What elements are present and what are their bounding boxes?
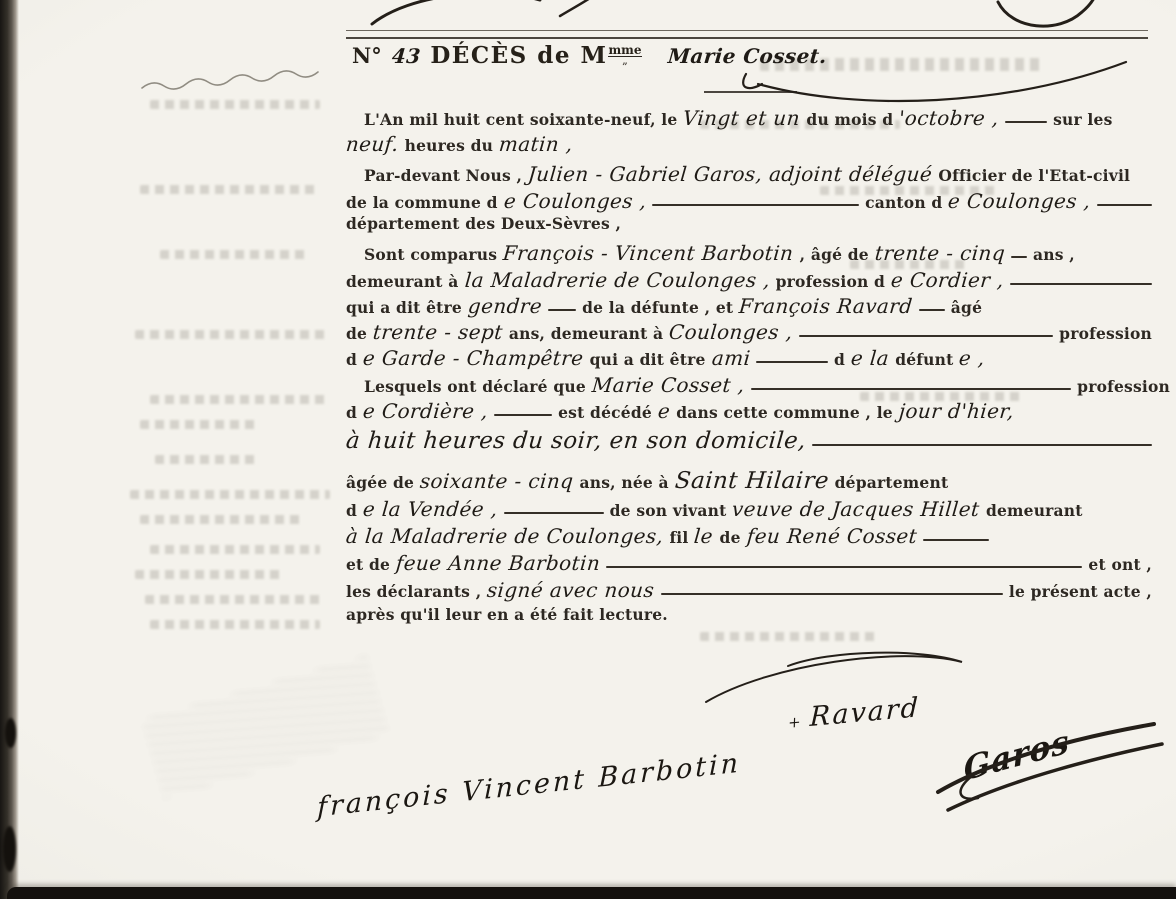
filler-rule — [1097, 204, 1152, 206]
printed-text: profession d — [776, 273, 885, 291]
printed-text: d — [346, 351, 357, 369]
printed-text: ans , — [1033, 246, 1075, 264]
record-line: demeurant àla Maladrerie de Coulonges ,p… — [346, 268, 1152, 292]
printed-text: d — [834, 351, 845, 369]
handwritten-text: gendre — [467, 294, 543, 318]
handwritten-text: à huit heures du soir, en son domicile, — [345, 428, 807, 454]
filler-rule — [923, 539, 989, 541]
filler-rule — [548, 309, 576, 311]
printed-text: ans, née à — [580, 474, 669, 492]
printed-text: Officier de l'Etat-civil — [938, 167, 1130, 185]
printed-text: heures du — [405, 137, 493, 155]
printed-text: ans, demeurant à — [509, 325, 663, 343]
printed-text: Sont comparus — [364, 246, 497, 264]
handwritten-text: e Coulonges , — [947, 189, 1092, 213]
record-line: les déclarants ,signé avec nousle présen… — [346, 578, 1152, 602]
printed-text: fil — [669, 529, 688, 547]
record-line: Par-devant Nous ,Julien - Gabriel Garos,… — [346, 162, 1170, 186]
handwritten-text: Coulonges , — [668, 320, 794, 344]
handwritten-text: e — [657, 399, 671, 423]
handwritten-text: François Ravard — [738, 294, 914, 318]
filler-rule — [751, 388, 1072, 390]
printed-text: L'An mil huit cent soixante-neuf, le — [364, 111, 677, 129]
printed-text: demeurant à — [346, 273, 459, 291]
printed-text: département — [835, 474, 949, 492]
handwritten-text: e Cordière , — [362, 399, 489, 423]
printed-text: et de — [346, 556, 390, 574]
handwritten-text: e la Vendée , — [362, 497, 499, 521]
handwritten-text: Saint Hilaire — [674, 468, 830, 494]
record-line: à la Maladrerie de Coulonges,filledefeu … — [346, 524, 1152, 548]
record-line: neuf.heures dumatin , — [346, 132, 1152, 156]
record-line: Lesquels ont déclaré queMarie Cosset ,pr… — [346, 373, 1170, 397]
record-line: département des Deux-Sèvres , — [346, 215, 1152, 233]
handwritten-text: Vingt et un — [682, 106, 801, 130]
printed-text: profession — [1059, 325, 1152, 343]
record-line: Sont comparusFrançois - Vincent Barbotin… — [346, 241, 1170, 265]
handwritten-text: Marie Cosset , — [591, 373, 746, 397]
record-line: qui a dit êtregendrede la défunte , etFr… — [346, 294, 1152, 318]
printed-text: de — [346, 325, 367, 343]
filler-rule — [504, 512, 604, 514]
filler-rule — [1010, 283, 1152, 285]
record-line: detrente - septans, demeurant àCoulonges… — [346, 320, 1152, 344]
filler-rule — [1005, 121, 1047, 123]
handwritten-text: e Cordier , — [890, 268, 1005, 292]
handwritten-text: la Maladrerie de Coulonges , — [463, 268, 770, 292]
handwritten-text: e Garde - Champêtre — [362, 346, 585, 370]
printed-text: département des Deux-Sèvres , — [346, 215, 621, 233]
filler-rule — [606, 566, 1082, 568]
signature-cross-mark: + — [788, 712, 803, 731]
printed-text: , âgé de — [800, 246, 869, 264]
filler-rule — [799, 335, 1053, 337]
handwritten-text: Julien - Gabriel Garos, adjoint délégué — [527, 162, 933, 186]
record-line: et defeue Anne Barbotinet ont , — [346, 551, 1152, 575]
handwritten-text: soixante - cinq — [419, 469, 575, 493]
handwritten-text: feue Anne Barbotin — [395, 551, 601, 575]
printed-text: qui a dit être — [346, 299, 462, 317]
printed-text: qui a dit être — [590, 351, 706, 369]
record-line: L'An mil huit cent soixante-neuf, leVing… — [346, 106, 1170, 130]
record-line: de Cordière ,est décédéedans cette commu… — [346, 399, 1152, 423]
handwritten-text: 'octobre , — [898, 106, 1000, 130]
printed-text: Lesquels ont déclaré que — [364, 378, 586, 396]
handwritten-text: e la — [850, 346, 890, 370]
printed-text: canton d — [865, 194, 942, 212]
register-page: N° 43 DÉCÈS de M mme„ Marie Cosset. L'An… — [0, 0, 1176, 899]
filler-rule — [661, 593, 1003, 595]
printed-text: de la défunte , et — [582, 299, 733, 317]
handwritten-text: signé avec nous — [486, 578, 655, 602]
filler-rule — [652, 204, 859, 206]
handwritten-text: veuve de Jacques Hillet — [731, 497, 981, 521]
filler-rule — [1011, 256, 1027, 258]
record-line: après qu'il leur en a été fait lecture. — [346, 606, 1152, 624]
printed-text: d — [346, 404, 357, 422]
record-line: à huit heures du soir, en son domicile, — [346, 428, 1152, 454]
record-line: âgée desoixante - cinqans, née àSaint Hi… — [346, 468, 1152, 494]
printed-text: de la commune d — [346, 194, 498, 212]
record-line: de la Vendée ,de son vivantveuve de Jacq… — [346, 497, 1152, 521]
printed-text: d — [346, 502, 357, 520]
printed-text: âgée de — [346, 474, 414, 492]
printed-text: profession — [1077, 378, 1170, 396]
printed-text: Par-devant Nous , — [364, 167, 522, 185]
printed-text: le présent acte , — [1009, 583, 1152, 601]
printed-text: est décédé — [558, 404, 652, 422]
printed-text: après qu'il leur en a été fait lecture. — [346, 606, 668, 624]
handwritten-text: le — [693, 524, 714, 548]
handwritten-text: à la Maladrerie de Coulonges, — [345, 524, 665, 548]
filler-rule — [494, 414, 552, 416]
handwritten-text: François - Vincent Barbotin — [502, 241, 795, 265]
printed-text: de — [720, 529, 741, 547]
handwritten-text: matin , — [498, 132, 574, 156]
printed-text: demeurant — [986, 502, 1083, 520]
handwritten-text: neuf. — [345, 132, 400, 156]
filler-rule — [812, 444, 1152, 446]
printed-text: âgé — [951, 299, 982, 317]
printed-text: et ont , — [1088, 556, 1152, 574]
handwritten-text: e , — [958, 346, 986, 370]
printed-text: défunt — [895, 351, 953, 369]
handwritten-text: trente - sept — [372, 320, 504, 344]
record-line: de Garde - Champêtrequi a dit êtreamide … — [346, 346, 1152, 370]
printed-text: du mois d — [806, 111, 893, 129]
handwritten-text: jour d'hier, — [898, 399, 1015, 423]
filler-rule — [756, 361, 828, 363]
handwritten-text: e Coulonges , — [503, 189, 648, 213]
printed-text: dans cette commune , le — [676, 404, 893, 422]
filler-rule — [919, 309, 945, 311]
handwritten-text: ami — [710, 346, 751, 370]
printed-text: sur les — [1053, 111, 1112, 129]
printed-text: les déclarants , — [346, 583, 481, 601]
record-line: de la commune de Coulonges ,canton de Co… — [346, 189, 1152, 213]
printed-text: de son vivant — [610, 502, 727, 520]
handwritten-text: feu René Cosset — [746, 524, 918, 548]
handwritten-text: trente - cinq — [874, 241, 1006, 265]
